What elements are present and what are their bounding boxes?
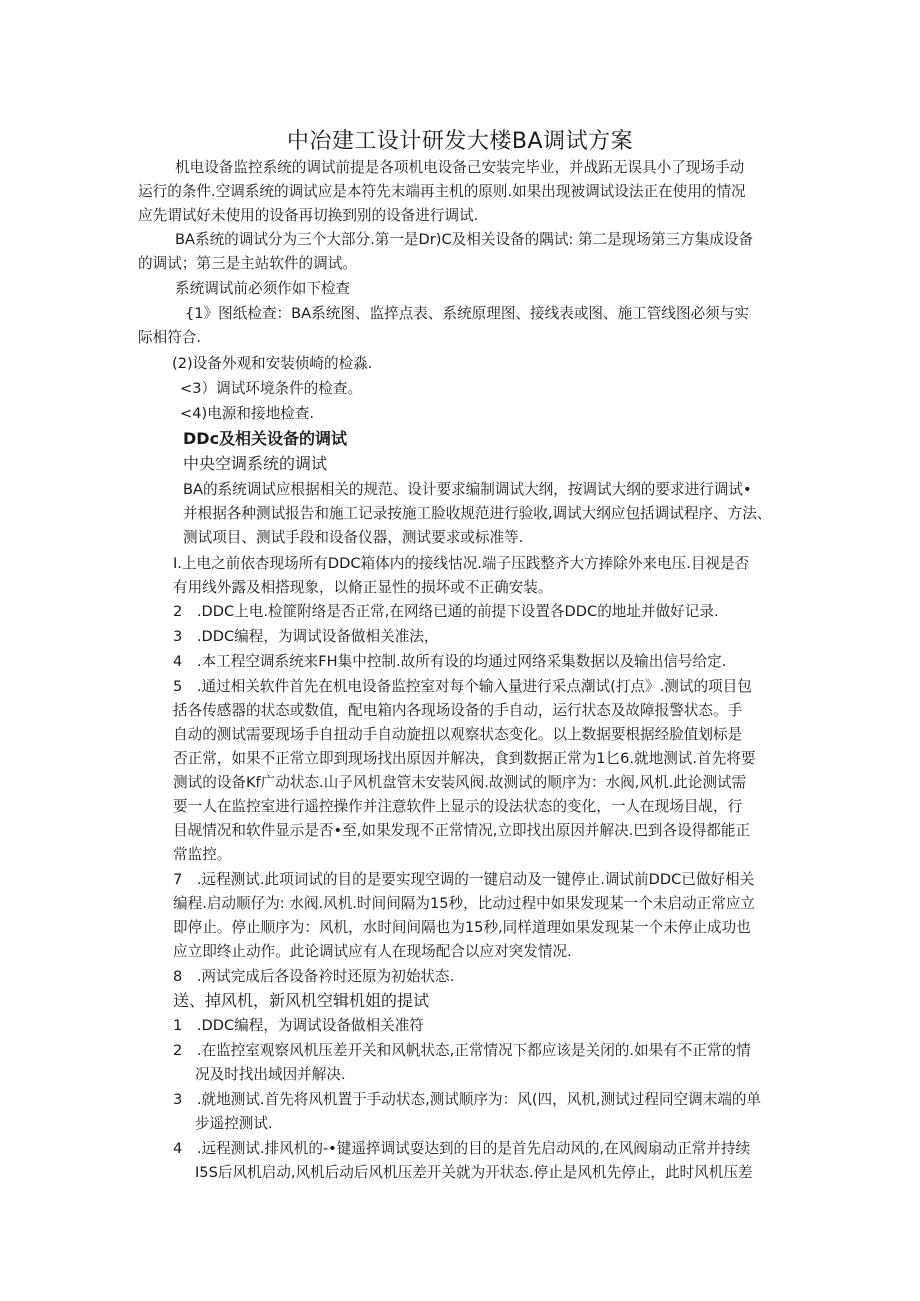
paragraph-line: I5S后风机启动,风机后动后风机压差开关就为开状态.停止是风机先停止，此时风机压… <box>195 1162 753 1184</box>
paragraph-line: 3 .DDC编程，为调试设备做相关准法， <box>173 626 439 648</box>
paragraph-line: BA系统的调试分为三个大部分.第一是Dr)C及相关设备的隅试: 第二是现场第三方… <box>175 229 753 251</box>
section-heading: 中央空调系统的调试 <box>183 453 327 475</box>
paragraph-line: BA的系统调试应根据相关的规范、设计要求编制调试大纲，按调试大纲的要求进行调试• <box>183 479 752 501</box>
paragraph-line: 常监控。 <box>173 844 231 866</box>
paragraph-line: 自动的测试需要现场手自扭动手自动旋扭以观察状态变化。以上数据要根据经脸值划标是 <box>173 724 742 746</box>
paragraph-line: 机电设备监控系统的调试前提是各项机电设备己安装完毕业，并战跖无误具小了现场手动 <box>175 157 744 179</box>
paragraph-line: 编程.启动顺仔为: 水阀.风机.时间间隔为15秒，比动过程中如果发现某一个未启动… <box>173 893 755 915</box>
paragraph-line: {1》图纸检查：BA系统图、监捽点表、系统原理图、接线表或图、施工管线图必须与实 <box>185 303 749 325</box>
paragraph-line: <4)电源和接地检查. <box>180 403 314 425</box>
document-title: 中冶建工设计研发大楼BA调试方案 <box>0 124 920 155</box>
paragraph-line: 8 .两试完成后各设备衿时还原为初始状态. <box>173 966 454 988</box>
paragraph-line: 况及时找出域因并解决. <box>195 1064 346 1086</box>
paragraph-line: 的调试；第三是主站软件的调试。 <box>138 253 357 275</box>
section-heading: DDc及相关设备的调试 <box>183 428 347 450</box>
paragraph-line: 际相符合. <box>138 327 201 349</box>
paragraph-line: (2)设备外观和安装侦崎的检淼. <box>172 353 372 375</box>
paragraph-line: I.上电之前依杏现场所有DDC箱体内的接线怙况.端子压践整齐大方捧除外来电压.目… <box>173 553 749 575</box>
paragraph-line: 括各传感器的状态或数值，配电箱内各现场设备的手自动，运行状态及故障报警状态。手 <box>173 700 742 722</box>
paragraph-line: 有用线外露及相搭现象，以脩正显性的损坏或不正确安装。 <box>173 577 552 599</box>
document-page: 中冶建工设计研发大楼BA调试方案 机电设备监控系统的调试前提是各项机电设备己安装… <box>0 0 920 1301</box>
paragraph-line: 系统调试前必须作如下检查 <box>175 278 350 300</box>
paragraph-line: 要一人在监控室进行遥控操作并注意软件上显示的设法状态的变化，一人在现场目觇，行 <box>173 796 742 818</box>
paragraph-line: 应立即终止动作。此论调试应有人在现场配合以应对突发情况. <box>173 941 572 963</box>
paragraph-line: 应先谓试好未使用的设备再切换到别的设备进行调试. <box>138 205 478 227</box>
paragraph-line: 测试的设备Kf广动状态.山子风机盘管未安装风阀.故测试的顺序为：水阀,风机.此论… <box>173 772 746 794</box>
paragraph-line: 1 .DDC编程，为调试设备做相关准符 <box>173 1015 424 1037</box>
paragraph-line: <3）调试环境条件的检查。 <box>180 378 362 400</box>
paragraph-line: 4 .本工程空调系统来FH集中控制.故所有设的均通过网络采集数据以及输出信号给定… <box>173 651 726 673</box>
section-heading: 送、掉风机，新风机空辑机姐的提试 <box>173 990 429 1012</box>
paragraph-line: 5 .通过相关软件首先在机电设备监控室对每个输入量进行采点潮试(打点》.测试的项… <box>173 676 752 698</box>
paragraph-line: 否正常，如果不正常立即到现场找出原因并解决，食到数据正常为1匕6.就地测试.首先… <box>173 748 755 770</box>
paragraph-line: 测试项目、测试手段和设备仪器，测试要求或标准等. <box>183 527 523 549</box>
paragraph-line: 4 .远程测试.排风机的-•键遥捽调试耍达到的目的是首先启动风的,在风阀扇动正常… <box>173 1138 750 1160</box>
paragraph-line: 运行的条件.空调系统的调试应是本符先末端再主机的原则.如果出现被调试设法正在使用… <box>138 181 746 203</box>
paragraph-line: 步遥控测试. <box>195 1113 273 1135</box>
paragraph-line: 2 .DDC上电.检篚附络是否正常,在网络已通的前提下设置各DDC的地址并做好记… <box>173 601 719 623</box>
paragraph-line: 并根据各种测试报告和施工记录按施工脸收规范进行验收,调试大纲应包括调试程序、方法… <box>183 503 771 525</box>
paragraph-line: 即停止。停止顺序为：风机，水时间间隔也为15秒,同样道理如果发现某一个未停止成功… <box>173 917 751 939</box>
paragraph-line: 7 .远程测试.此项词试的目的是要实现空调的一键启动及一键停止.调试前DDC已做… <box>173 869 754 891</box>
paragraph-line: 目觇情况和软件显示是否•至,如果发现不正常情况,立即找出原因并解决.巴到各设得都… <box>173 820 750 842</box>
paragraph-line: 2 .在监控室观察风机压差开关和风帆状态,正常情况下都应该是关闭的.如果有不正常… <box>173 1040 751 1062</box>
paragraph-line: 3 .就地测试.首先将风机置于手动状态,测试顺序为：风(四，风机,测试过程同空调… <box>173 1089 761 1111</box>
